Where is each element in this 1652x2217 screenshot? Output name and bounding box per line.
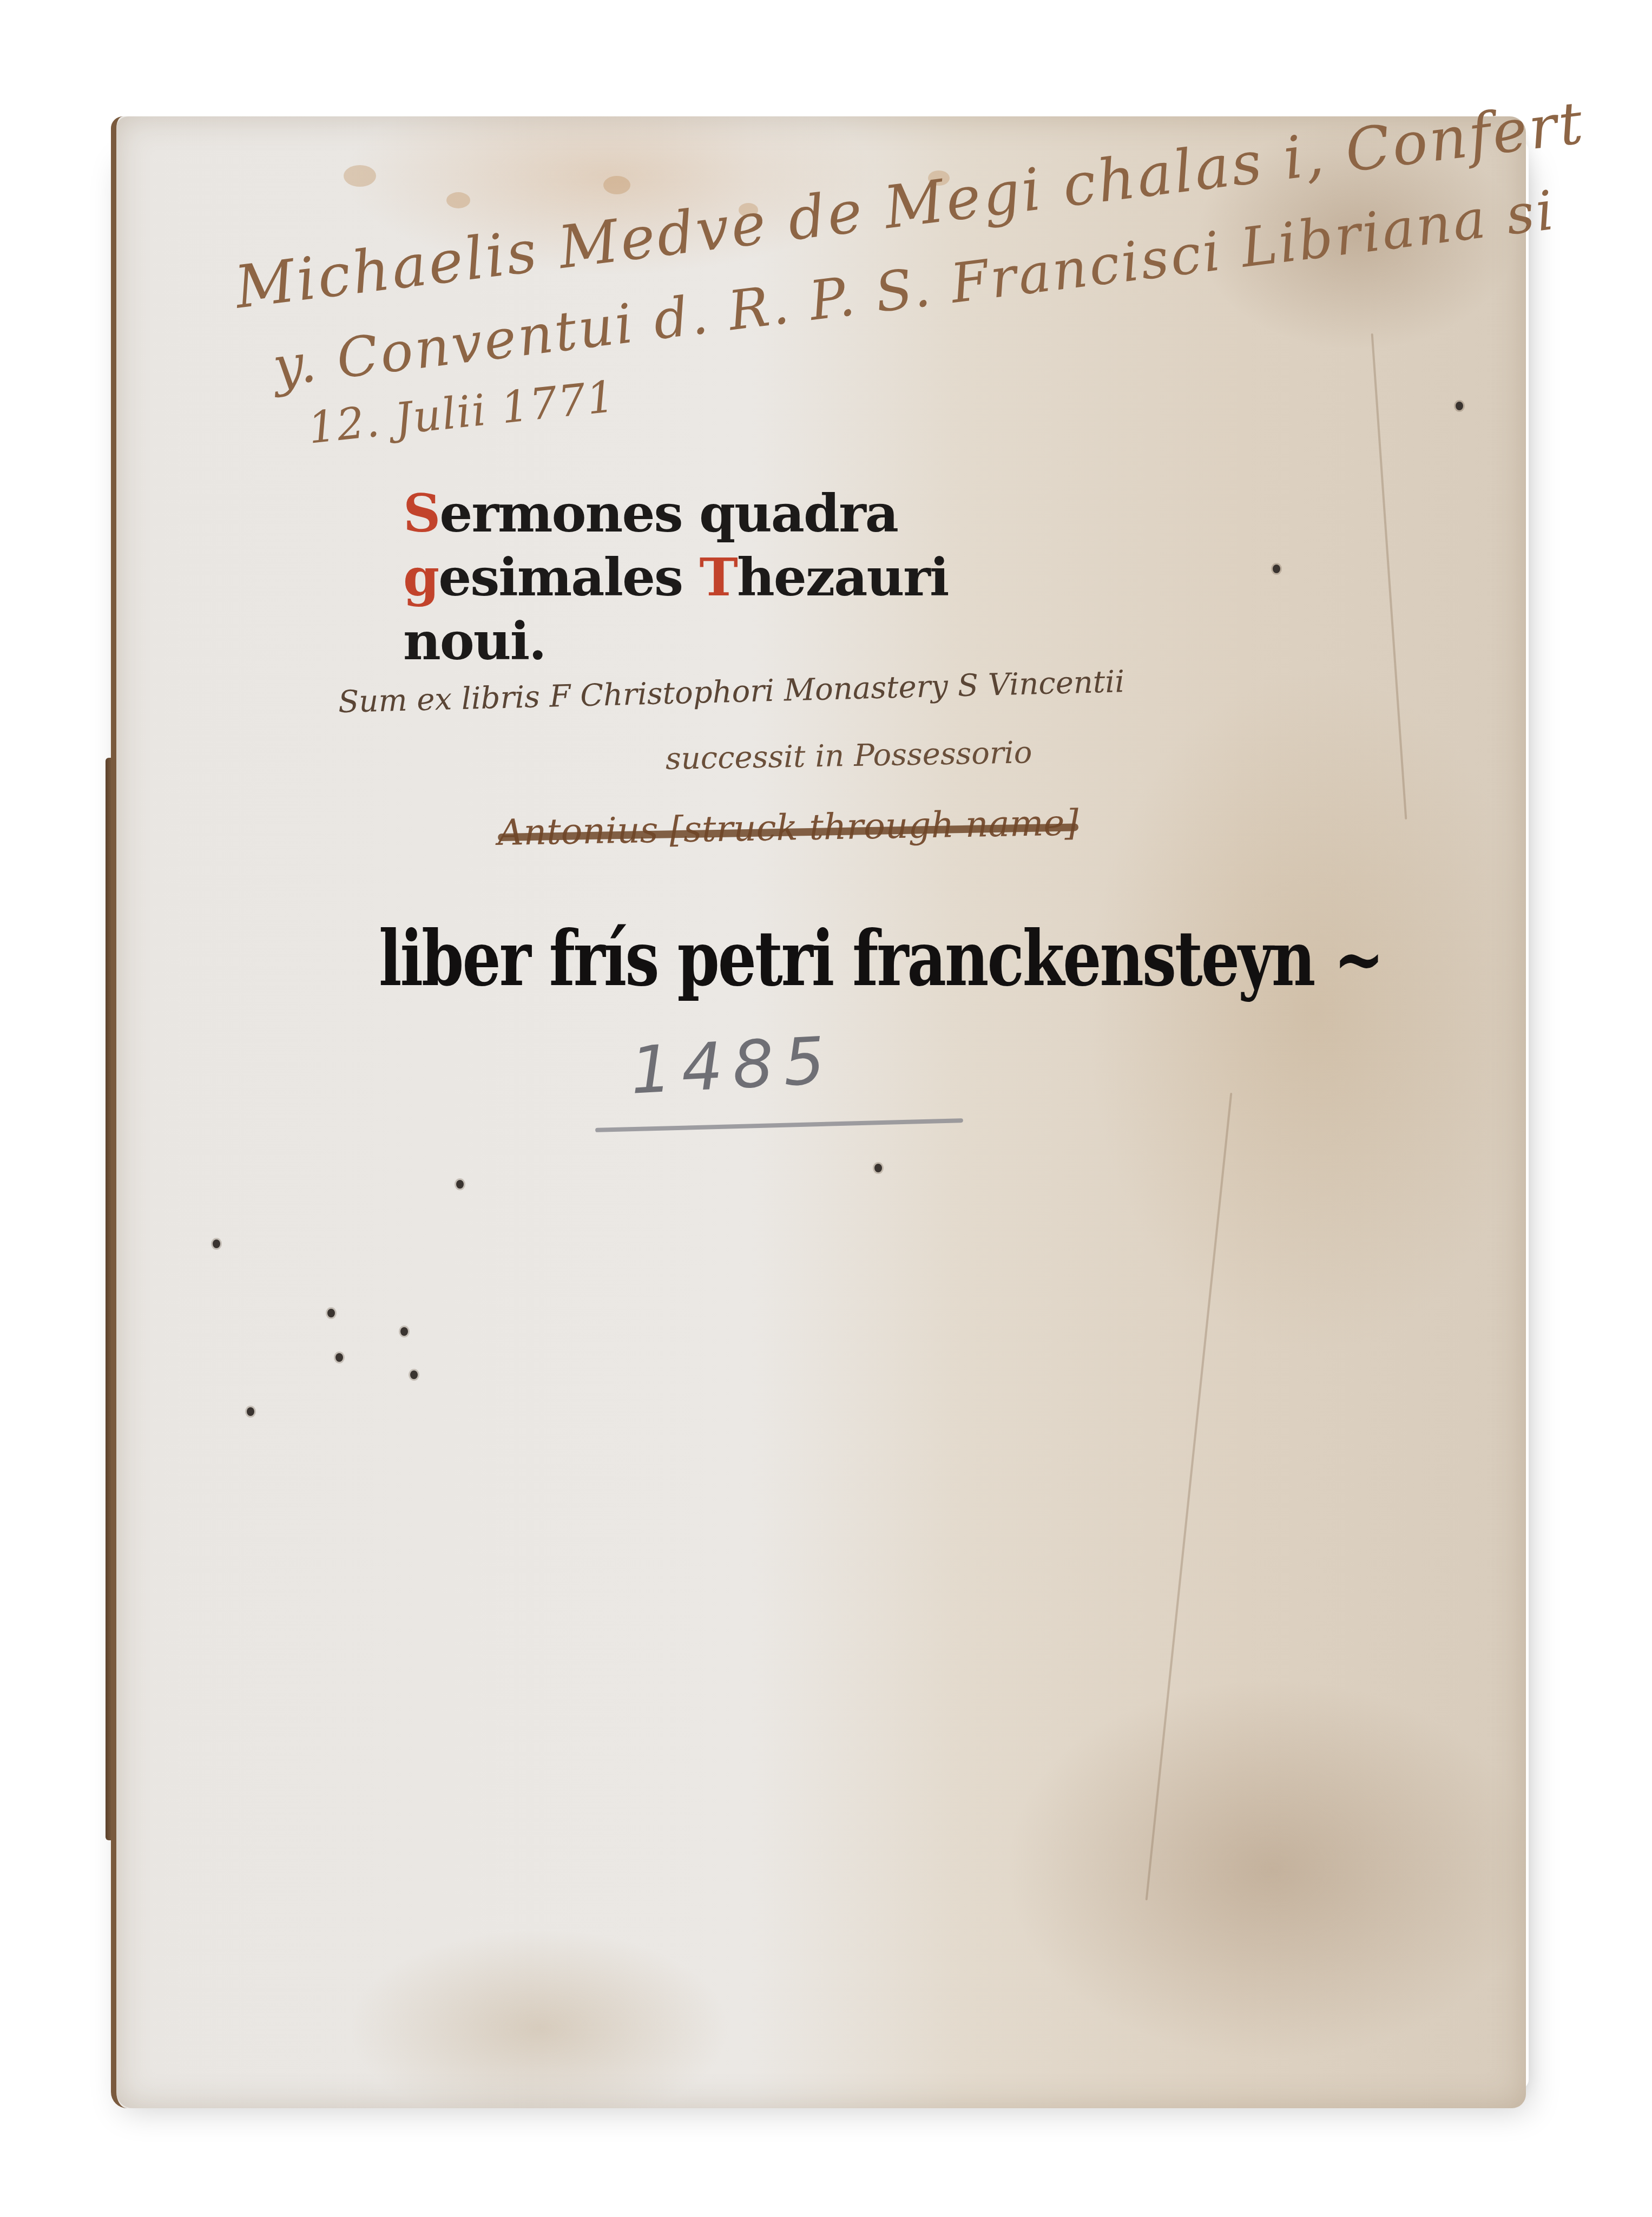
- wormhole: [1273, 565, 1280, 573]
- printed-title: Sermones quadra gesimales Thezauri noui.: [403, 482, 890, 673]
- wormhole: [410, 1370, 418, 1379]
- wormhole: [247, 1407, 254, 1416]
- gothic-ownership-inscription: liber frís petri franckensteyn ~: [379, 915, 1383, 1003]
- rubricated-capital: T: [700, 547, 737, 608]
- wormhole: [1456, 402, 1463, 410]
- wormhole: [327, 1309, 335, 1317]
- foxing-spot: [603, 176, 630, 194]
- foxing-spot: [344, 165, 376, 187]
- title-line-3: noui.: [403, 609, 890, 673]
- wormhole: [874, 1164, 882, 1172]
- rubricated-initial: g: [403, 547, 438, 608]
- wormhole: [456, 1180, 464, 1189]
- crease: [1371, 333, 1407, 819]
- title-line-1: Sermones quadra: [403, 482, 890, 546]
- ownership-note-line-2: successit in Possessorio: [665, 735, 1032, 777]
- wormhole: [400, 1327, 408, 1336]
- wormhole: [213, 1239, 220, 1248]
- pencil-date: 1485: [629, 1023, 837, 1109]
- crease: [1146, 1093, 1233, 1900]
- title-line-2: gesimales Thezauri: [403, 546, 890, 609]
- rubricated-initial: S: [403, 483, 439, 544]
- wormhole: [335, 1353, 343, 1362]
- foxing-spot: [446, 192, 470, 208]
